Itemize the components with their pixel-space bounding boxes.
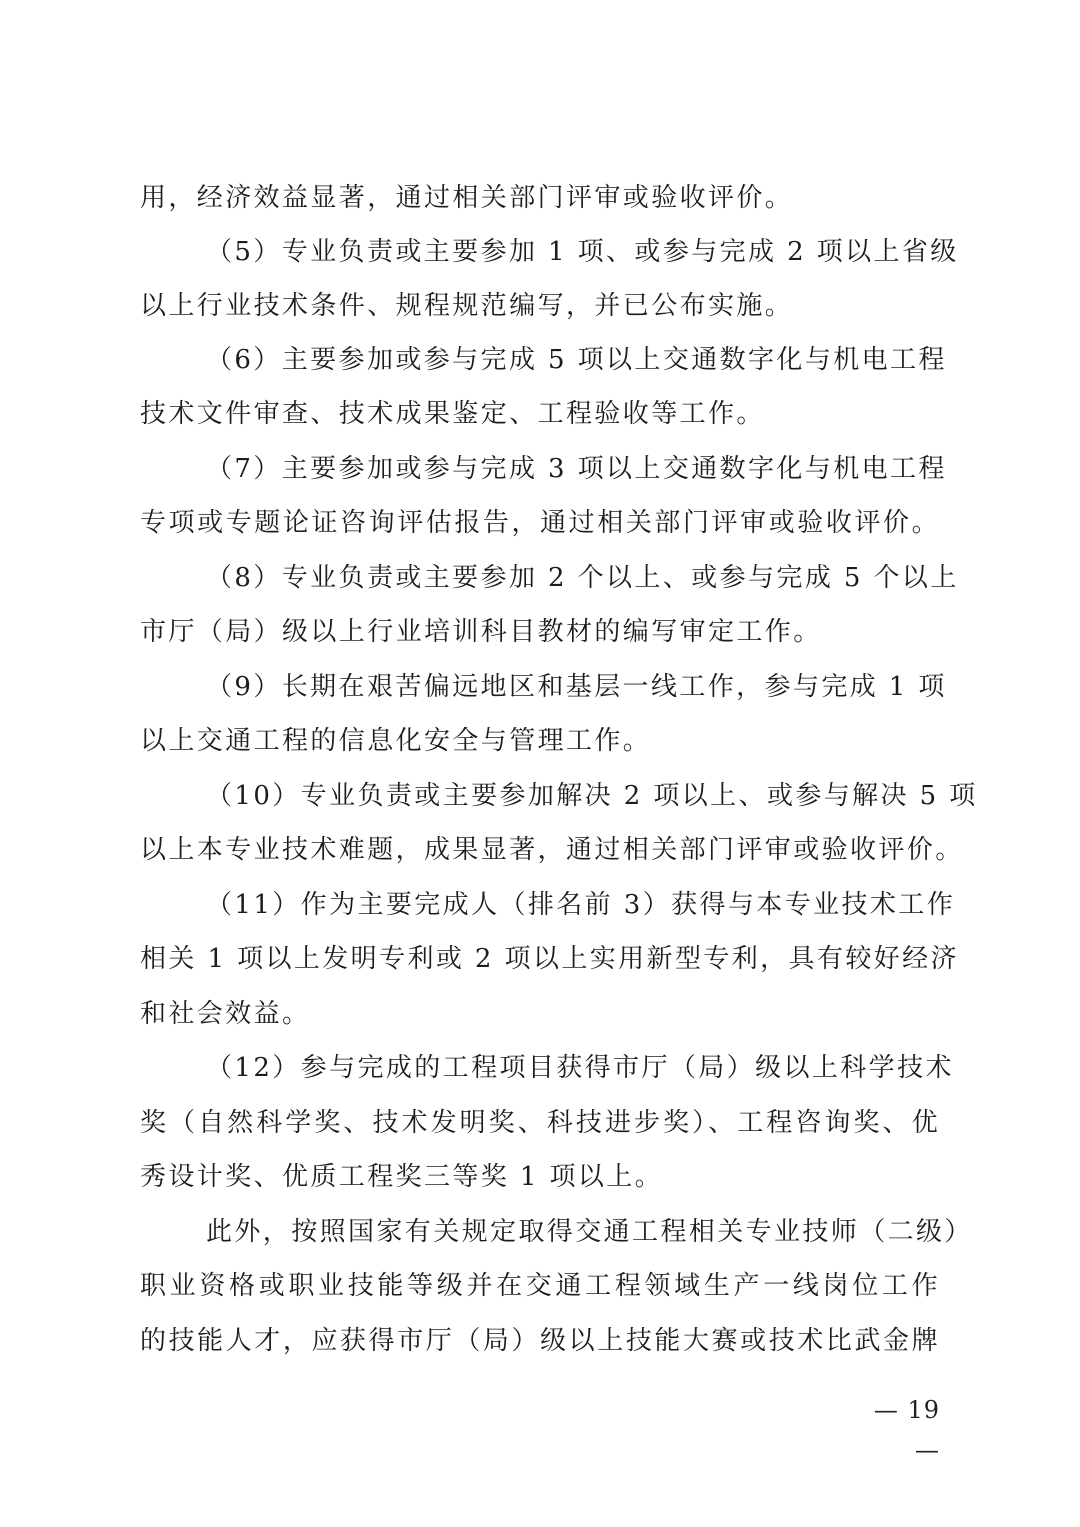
paragraph-first-line: （5）专业负责或主要参加 1 项、或参与完成 2 项以上省级 <box>206 232 940 272</box>
paragraph-first-line: （12）参与完成的工程项目获得市厅（局）级以上科学技术 <box>206 1048 940 1088</box>
paragraph-line: 奖（自然科学奖、技术发明奖、科技进步奖）、工程咨询奖、优 <box>140 1103 940 1143</box>
paragraph-first-line: （7）主要参加或参与完成 3 项以上交通数字化与机电工程 <box>206 449 940 489</box>
paragraph-first-line: （9）长期在艰苦偏远地区和基层一线工作，参与完成 1 项 <box>206 667 940 707</box>
paragraph-first-line: （8）专业负责或主要参加 2 个以上、或参与完成 5 个以上 <box>206 558 940 598</box>
paragraph-line: 市厅（局）级以上行业培训科目教材的编写审定工作。 <box>140 612 940 652</box>
paragraph-line: 以上本专业技术难题，成果显著，通过相关部门评审或验收评价。 <box>140 830 940 870</box>
paragraph-line: 专项或专题论证咨询评估报告，通过相关部门评审或验收评价。 <box>140 503 940 543</box>
page-number: — 19 — <box>846 1390 940 1430</box>
paragraph-first-line: （6）主要参加或参与完成 5 项以上交通数字化与机电工程 <box>206 340 940 380</box>
paragraph-first-line: （11）作为主要完成人（排名前 3）获得与本专业技术工作 <box>206 885 940 925</box>
paragraph-line: 相关 1 项以上发明专利或 2 项以上实用新型专利，具有较好经济 <box>140 939 940 979</box>
paragraph-first-line: 此外，按照国家有关规定取得交通工程相关专业技师（二级） <box>206 1212 940 1252</box>
paragraph-first-line: （10）专业负责或主要参加解决 2 项以上、或参与解决 5 项 <box>206 776 940 816</box>
paragraph-line: 以上行业技术条件、规程规范编写，并已公布实施。 <box>140 286 940 326</box>
paragraph-line: 职业资格或职业技能等级并在交通工程领域生产一线岗位工作 <box>140 1266 940 1306</box>
paragraph-line: 秀设计奖、优质工程奖三等奖 1 项以上。 <box>140 1157 940 1197</box>
document-page: 用，经济效益显著，通过相关部门评审或验收评价。（5）专业负责或主要参加 1 项、… <box>0 0 1080 1527</box>
paragraph-line: 技术文件审查、技术成果鉴定、工程验收等工作。 <box>140 394 940 434</box>
paragraph-line: 以上交通工程的信息化安全与管理工作。 <box>140 721 940 761</box>
paragraph-line: 和社会效益。 <box>140 994 940 1034</box>
paragraph-line: 用，经济效益显著，通过相关部门评审或验收评价。 <box>140 178 940 218</box>
paragraph-line: 的技能人才，应获得市厅（局）级以上技能大赛或技术比武金牌 <box>140 1321 940 1361</box>
